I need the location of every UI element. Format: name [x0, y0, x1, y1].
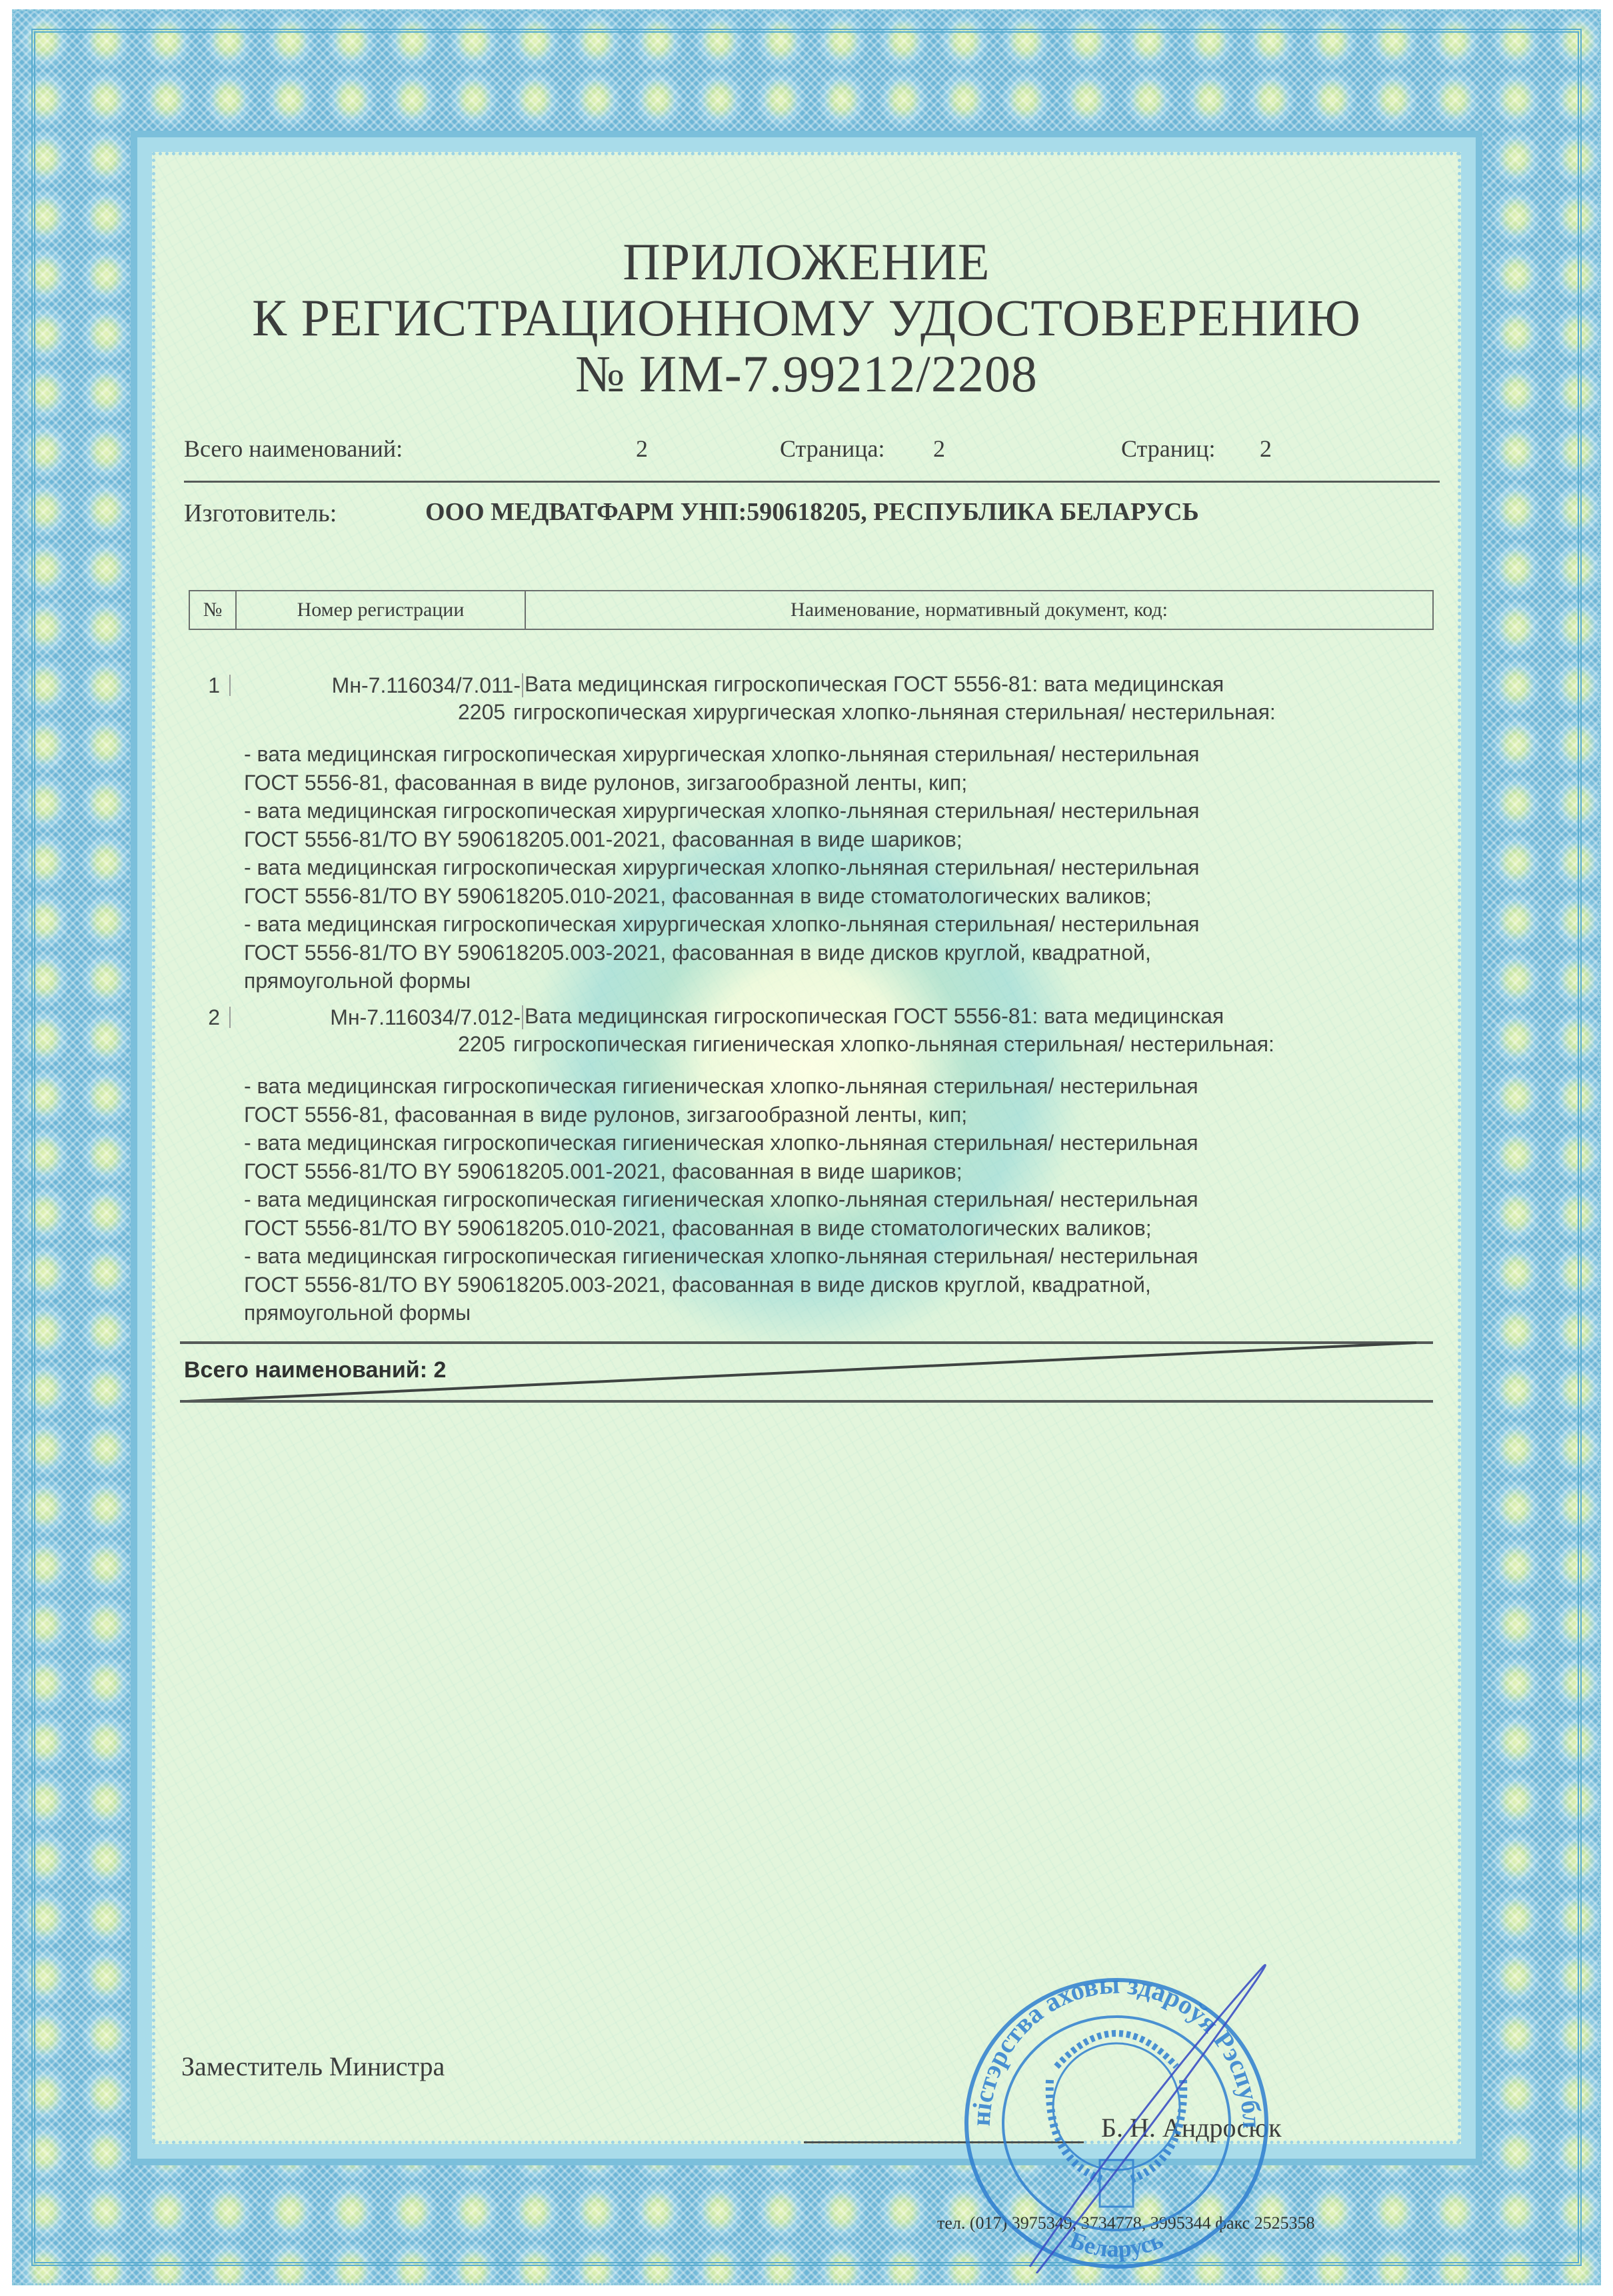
total-items-value: 2: [636, 435, 648, 463]
row-number: 2: [193, 1005, 220, 1030]
registration-number: Мн-7.116034/7.012-: [227, 1005, 521, 1030]
pages-value: 2: [1260, 435, 1272, 463]
table-header: № Номер регистрации Наименование, нормат…: [189, 590, 1434, 630]
header-registration: Номер регистрации: [237, 591, 525, 629]
item-detail-line: ГОСТ 5556-81/ТО BY 590618205.003-2021, ф…: [244, 1271, 1151, 1299]
item-detail-line: - вата медицинская гигроскопическая гиги…: [244, 1242, 1198, 1270]
doc-title-line1: ПРИЛОЖЕНИЕ: [200, 233, 1413, 291]
item-detail-line: ГОСТ 5556-81/ТО BY 590618205.001-2021, ф…: [244, 825, 962, 853]
manufacturer-value: ООО МЕДВАТФАРМ УНП:590618205, РЕСПУБЛИКА…: [425, 497, 1199, 527]
document-content: ПРИЛОЖЕНИЕ К РЕГИСТРАЦИОННОМУ УДОСТОВЕРЕ…: [0, 0, 1613, 2296]
item-detail-line: - вата медицинская гигроскопическая хиру…: [244, 910, 1199, 938]
item-detail-line: - вата медицинская гигроскопическая гиги…: [244, 1185, 1198, 1213]
svg-text:Беларусь: Беларусь: [1066, 2227, 1167, 2263]
item-name-line2: гигроскопическая гигиеническая хлопко-ль…: [513, 1030, 1274, 1058]
counts-divider: [184, 481, 1440, 483]
total-items-label: Всего наименований:: [184, 435, 403, 463]
manufacturer-label: Изготовитель:: [184, 499, 337, 528]
header-name: Наименование, нормативный документ, код:: [526, 591, 1432, 629]
item-detail-line: ГОСТ 5556-81/ТО BY 590618205.010-2021, ф…: [244, 882, 1152, 910]
item-detail-line: прямоугольной формы: [244, 1299, 471, 1327]
item-detail-line: ГОСТ 5556-81/ТО BY 590618205.001-2021, ф…: [244, 1157, 962, 1185]
pages-label: Страниц:: [1121, 435, 1216, 463]
item-detail-line: ГОСТ 5556-81/ТО BY 590618205.003-2021, ф…: [244, 939, 1151, 967]
item-detail-line: ГОСТ 5556-81/ТО BY 590618205.010-2021, ф…: [244, 1214, 1152, 1242]
item-name-line1: Вата медицинская гигроскопическая ГОСТ 5…: [525, 1002, 1224, 1030]
item-name-line1: Вата медицинская гигроскопическая ГОСТ 5…: [525, 670, 1224, 698]
item-name-line2: гигроскопическая хирургическая хлопко-ль…: [513, 698, 1276, 726]
doc-number: № ИМ-7.99212/2208: [200, 345, 1413, 403]
doc-title-line2: К РЕГИСТРАЦИОННОМУ УДОСТОВЕРЕНИЮ: [200, 289, 1413, 347]
page-label: Страница:: [780, 435, 884, 463]
z-strike-line: [180, 1340, 1440, 1407]
row-divider: [522, 1005, 523, 1029]
item-detail-line: - вата медицинская гигроскопическая хиру…: [244, 853, 1199, 881]
stamp-text-bottom: Беларусь: [1066, 2227, 1167, 2263]
total-rule-bottom: [180, 1400, 1433, 1403]
official-stamp: Міністэрства аховы здароўя Рэспублікі Бе…: [950, 1960, 1283, 2273]
item-detail-line: - вата медицинская гигроскопическая хиру…: [244, 797, 1199, 825]
signatory-position: Заместитель Министра: [181, 2051, 445, 2082]
registration-number: Мн-7.116034/7.011-: [227, 673, 521, 698]
page-value: 2: [933, 435, 945, 463]
item-detail-line: прямоугольной формы: [244, 967, 471, 995]
item-name-line2-prefix: 2205: [458, 698, 505, 726]
row-divider: [522, 673, 523, 697]
item-detail-line: - вата медицинская гигроскопическая гиги…: [244, 1129, 1198, 1157]
item-detail-line: - вата медицинская гигроскопическая гиги…: [244, 1072, 1198, 1100]
item-detail-line: ГОСТ 5556-81, фасованная в виде рулонов,…: [244, 1101, 967, 1129]
item-name-line2-prefix: 2205: [458, 1030, 505, 1058]
row-number: 1: [193, 673, 220, 698]
item-detail-line: - вата медицинская гигроскопическая хиру…: [244, 740, 1199, 768]
item-detail-line: ГОСТ 5556-81, фасованная в виде рулонов,…: [244, 769, 967, 797]
header-number: №: [190, 591, 235, 629]
